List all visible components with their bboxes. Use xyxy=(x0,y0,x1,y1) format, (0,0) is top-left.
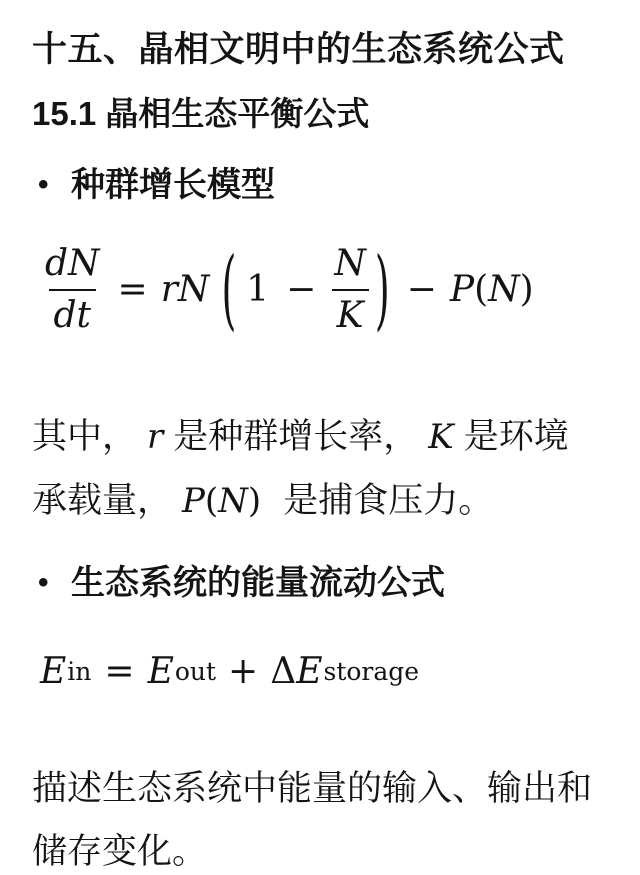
math-var-N: N xyxy=(218,481,248,521)
document-page: 十五、晶相文明中的生态系统公式 15.1 晶相生态平衡公式 • 种群增长模型 d… xyxy=(0,0,640,875)
math-var-P: P xyxy=(182,481,205,521)
formula-explanation-population: 其中，r是种群增长率，K是环境 承载量，P(N)是捕食压力。 xyxy=(32,405,612,533)
fraction-denominator: K xyxy=(332,289,369,336)
population-growth-formula: dN dt = rN ( 1 − N K ) − P ( N ) xyxy=(40,243,612,335)
fraction-N-K: N K xyxy=(329,243,371,336)
bullet-icon: • xyxy=(32,563,71,603)
text-segment: 是环境 xyxy=(464,417,569,456)
equals-sign: = xyxy=(118,269,148,310)
constant-one: 1 xyxy=(246,269,269,310)
energy-in-E: E xyxy=(40,651,66,692)
math-var-r: r xyxy=(147,417,163,457)
minus-sign: − xyxy=(407,269,437,310)
plus-sign: + xyxy=(228,651,258,692)
text-segment: 是种群增长率， xyxy=(173,417,418,456)
paren-open: ( xyxy=(474,269,488,310)
bullet-item-population-model: • 种群增长模型 xyxy=(32,165,612,205)
energy-flow-formula: Ein = Eout + ΔEstorage xyxy=(40,647,612,695)
bullet-label-energy-flow: 生态系统的能量流动公式 xyxy=(71,563,445,603)
subscript-out: out xyxy=(175,657,216,686)
subscript-storage: storage xyxy=(324,657,420,686)
text-segment: 承载量， xyxy=(32,481,172,520)
delta-symbol: Δ xyxy=(270,651,296,692)
text-segment: 是捕食压力。 xyxy=(283,481,493,520)
coefficient-rN: rN xyxy=(161,269,210,310)
fraction-numerator: dN xyxy=(40,243,105,289)
big-paren-open: ( xyxy=(221,238,236,339)
predation-arg-N: N xyxy=(488,269,520,310)
text-line: 描述生态系统中能量的输入、输出和 xyxy=(32,769,592,808)
bullet-icon: • xyxy=(32,165,71,205)
section-heading: 15.1 晶相生态平衡公式 xyxy=(32,95,612,133)
math-var-K: K xyxy=(428,417,453,457)
big-paren-close: ) xyxy=(375,238,390,339)
text-line: 储存变化。 xyxy=(32,832,207,871)
fraction-numerator: N xyxy=(329,243,371,289)
formula-explanation-energy: 描述生态系统中能量的输入、输出和 储存变化。 xyxy=(32,757,612,875)
fraction-denominator: dt xyxy=(49,289,97,336)
energy-storage-E: E xyxy=(296,651,322,692)
energy-out-E: E xyxy=(148,651,174,692)
paren-close: ) xyxy=(248,481,261,521)
equals-sign: = xyxy=(104,651,134,692)
subscript-in: in xyxy=(67,657,91,686)
page-title: 十五、晶相文明中的生态系统公式 xyxy=(32,30,612,70)
fraction-dN-dt: dN dt xyxy=(40,243,105,336)
bullet-item-energy-flow: • 生态系统的能量流动公式 xyxy=(32,563,612,603)
paren-open: ( xyxy=(205,481,218,521)
text-segment: 其中， xyxy=(32,417,137,456)
minus-sign: − xyxy=(286,269,316,310)
bullet-label-population-model: 种群增长模型 xyxy=(71,165,275,205)
predation-term-P: P xyxy=(450,269,474,310)
paren-close: ) xyxy=(520,269,534,310)
